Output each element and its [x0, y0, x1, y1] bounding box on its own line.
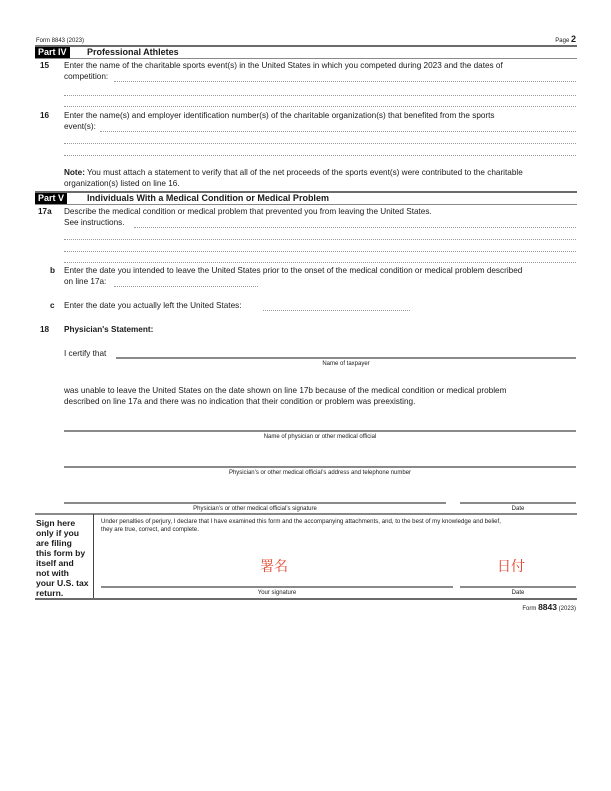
sign-section-divider: [93, 514, 94, 600]
your-signature-line: [101, 586, 453, 588]
line-17a-dotted-3[interactable]: [64, 251, 576, 252]
perjury-declaration: Under penalties of perjury, I declare th…: [101, 518, 577, 526]
note-text: You must attach a statement to verify th…: [85, 168, 523, 177]
physician-statement-text-cont: described on line 17a and there was no i…: [64, 397, 415, 408]
line-16-dotted-1: [100, 131, 576, 132]
footer-form-word: Form: [522, 606, 536, 612]
your-signature-input[interactable]: [103, 575, 451, 585]
line-16-text: Enter the name(s) and employer identific…: [64, 111, 576, 122]
line-17c-text: Enter the date you actually left the Uni…: [64, 301, 242, 312]
line-17b-number: b: [50, 266, 55, 277]
sign-here-line: are filing: [36, 538, 89, 548]
part-iv-label: Part IV: [35, 47, 70, 58]
your-date-line: [460, 586, 576, 588]
physician-date-input[interactable]: [462, 491, 574, 501]
line-17c-dotted: [263, 310, 410, 311]
physician-signature-input[interactable]: [66, 491, 444, 501]
physician-signature-line: [64, 502, 446, 504]
line-17b-text-cont: on line 17a:: [64, 277, 106, 288]
sign-here-line: this form by: [36, 548, 89, 558]
date-annotation: 日付: [497, 556, 525, 576]
line-17b-date-input[interactable]: [116, 276, 256, 286]
line-17a-dotted-1: [134, 227, 576, 228]
line-18-number: 18: [40, 325, 49, 336]
physician-statement-text: was unable to leave the United States on…: [64, 386, 576, 397]
physician-name-caption: Name of physician or other medical offic…: [64, 433, 576, 441]
line-17a-dotted-4[interactable]: [64, 262, 576, 263]
taxpayer-name-input[interactable]: [118, 346, 574, 356]
signature-annotation: 署名: [260, 556, 288, 576]
line-17a-number: 17a: [38, 207, 52, 218]
certify-prefix: I certify that: [64, 349, 106, 360]
sign-here-label: Sign here only if you are filing this fo…: [36, 518, 89, 598]
line-16-text-cont: event(s):: [64, 122, 96, 133]
line-15-text-cont: competition:: [64, 72, 108, 83]
sign-section-top-rule: [35, 513, 577, 515]
sign-here-line: return.: [36, 588, 89, 598]
sign-here-line: Sign here: [36, 518, 89, 528]
footer-year: (2023): [559, 606, 576, 612]
line-18-title: Physician's Statement:: [64, 325, 153, 336]
line-15-text: Enter the name of the charitable sports …: [64, 61, 576, 72]
line-17c-date-input[interactable]: [265, 300, 408, 310]
physician-name-input[interactable]: [66, 419, 574, 429]
part-iv-title: Professional Athletes: [87, 47, 179, 58]
note-label: Note:: [64, 168, 85, 177]
page-indicator: Page 2: [555, 34, 576, 44]
your-date-caption: Date: [460, 589, 576, 597]
line-15-input[interactable]: [116, 71, 574, 81]
line-16-note: Note: You must attach a statement to ver…: [64, 168, 576, 179]
line-17a-text: Describe the medical condition or medica…: [64, 207, 432, 218]
line-16-note-cont: organization(s) listed on line 16.: [64, 179, 180, 190]
physician-address-caption: Physician’s or other medical official’s …: [64, 469, 576, 477]
line-15-number: 15: [40, 61, 49, 72]
physician-date-caption: Date: [460, 505, 576, 513]
perjury-declaration-cont: they are true, correct, and complete.: [101, 526, 199, 534]
sign-here-line: not with: [36, 568, 89, 578]
line-17c-number: c: [50, 301, 55, 312]
line-15-dotted-3[interactable]: [64, 106, 576, 107]
your-date-input[interactable]: [462, 575, 574, 585]
line-16-input[interactable]: [102, 121, 574, 131]
line-16-number: 16: [40, 111, 49, 122]
part-v-rule: [35, 204, 577, 205]
line-16-dotted-2[interactable]: [64, 143, 576, 144]
sign-here-line: only if you: [36, 528, 89, 538]
sign-here-line: your U.S. tax: [36, 578, 89, 588]
page-label: Page: [555, 38, 569, 44]
taxpayer-name-line: [116, 357, 576, 359]
footer-form-number: 8843: [538, 602, 557, 612]
physician-name-line: [64, 430, 576, 432]
part-iv-rule: [35, 58, 577, 59]
sign-here-line: itself and: [36, 558, 89, 568]
line-17a-text-cont: See instructions.: [64, 218, 125, 229]
physician-address-line: [64, 466, 576, 468]
line-15-dotted-2[interactable]: [64, 95, 576, 96]
line-16-dotted-3[interactable]: [64, 155, 576, 156]
physician-date-line: [460, 502, 576, 504]
taxpayer-name-caption: Name of taxpayer: [116, 360, 576, 368]
part-v-label: Part V: [35, 193, 67, 204]
sign-section-bottom-rule: [35, 598, 577, 600]
line-17b-text: Enter the date you intended to leave the…: [64, 266, 576, 277]
page-number: 2: [571, 34, 576, 44]
form-reference: Form 8843 (2023): [36, 37, 84, 45]
line-17a-input[interactable]: [136, 217, 574, 227]
footer-form-reference: Form 8843 (2023): [522, 602, 576, 612]
line-15-dotted-1: [114, 81, 576, 82]
line-17a-dotted-2[interactable]: [64, 239, 576, 240]
line-17b-dotted: [114, 286, 258, 287]
part-v-title: Individuals With a Medical Condition or …: [87, 193, 329, 204]
physician-signature-caption: Physician’s or other medical official’s …: [64, 505, 446, 513]
physician-address-input[interactable]: [66, 455, 574, 465]
your-signature-caption: Your signature: [101, 589, 453, 597]
